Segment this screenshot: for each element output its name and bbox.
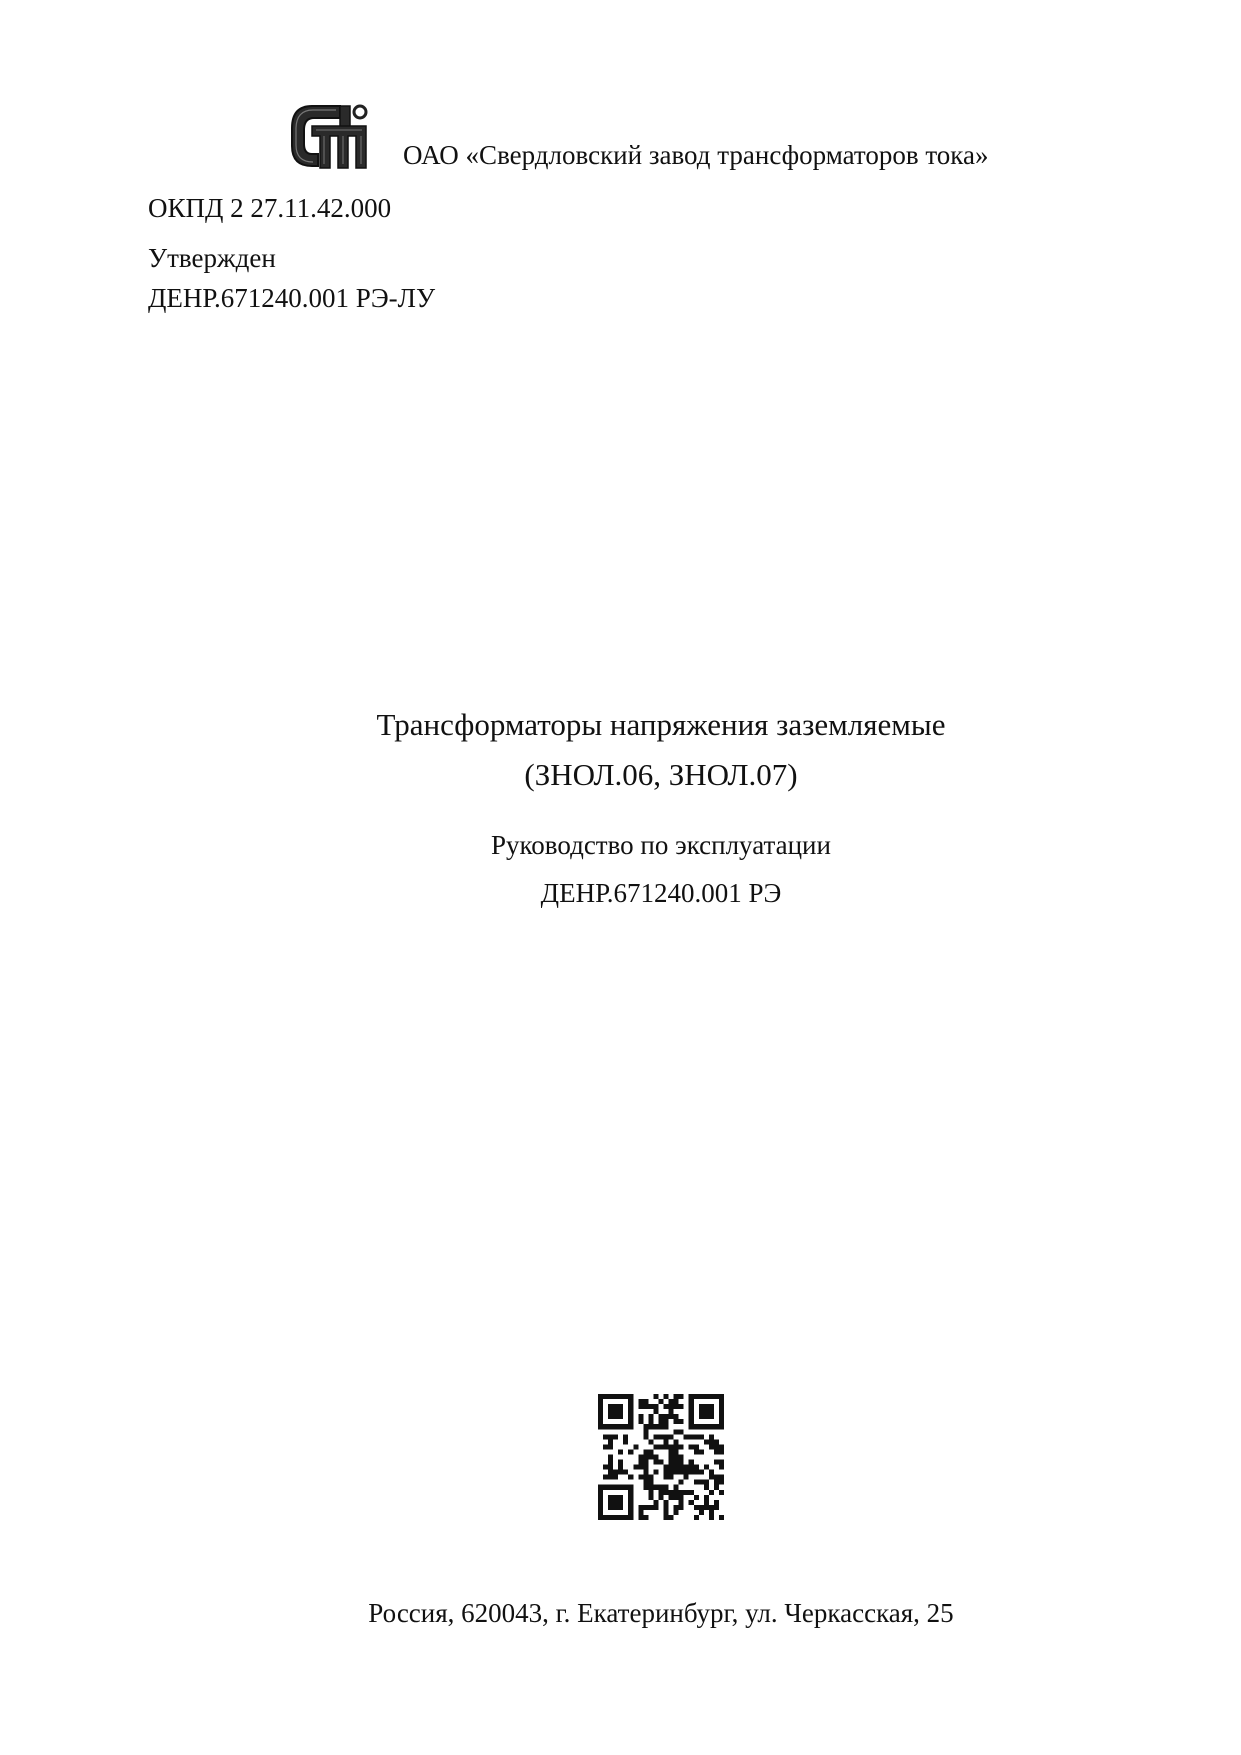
- document-models: (ЗНОЛ.06, ЗНОЛ.07): [0, 757, 1241, 793]
- qr-code-icon: [598, 1394, 724, 1520]
- company-address: Россия, 620043, г. Екатеринбург, ул. Чер…: [0, 1598, 1241, 1629]
- document-number: ДЕНР.671240.001 РЭ: [0, 878, 1241, 909]
- okpd-code: ОКПД 2 27.11.42.000: [148, 193, 391, 224]
- approval-sheet-number: ДЕНР.671240.001 РЭ-ЛУ: [148, 283, 435, 314]
- company-name: ОАО «Свердловский завод трансформаторов …: [403, 140, 988, 171]
- document-type: Руководство по эксплуатации: [0, 830, 1241, 861]
- approved-label: Утвержден: [148, 243, 276, 274]
- document-title: Трансформаторы напряжения заземляемые: [0, 707, 1241, 743]
- company-logo-icon: [288, 102, 370, 170]
